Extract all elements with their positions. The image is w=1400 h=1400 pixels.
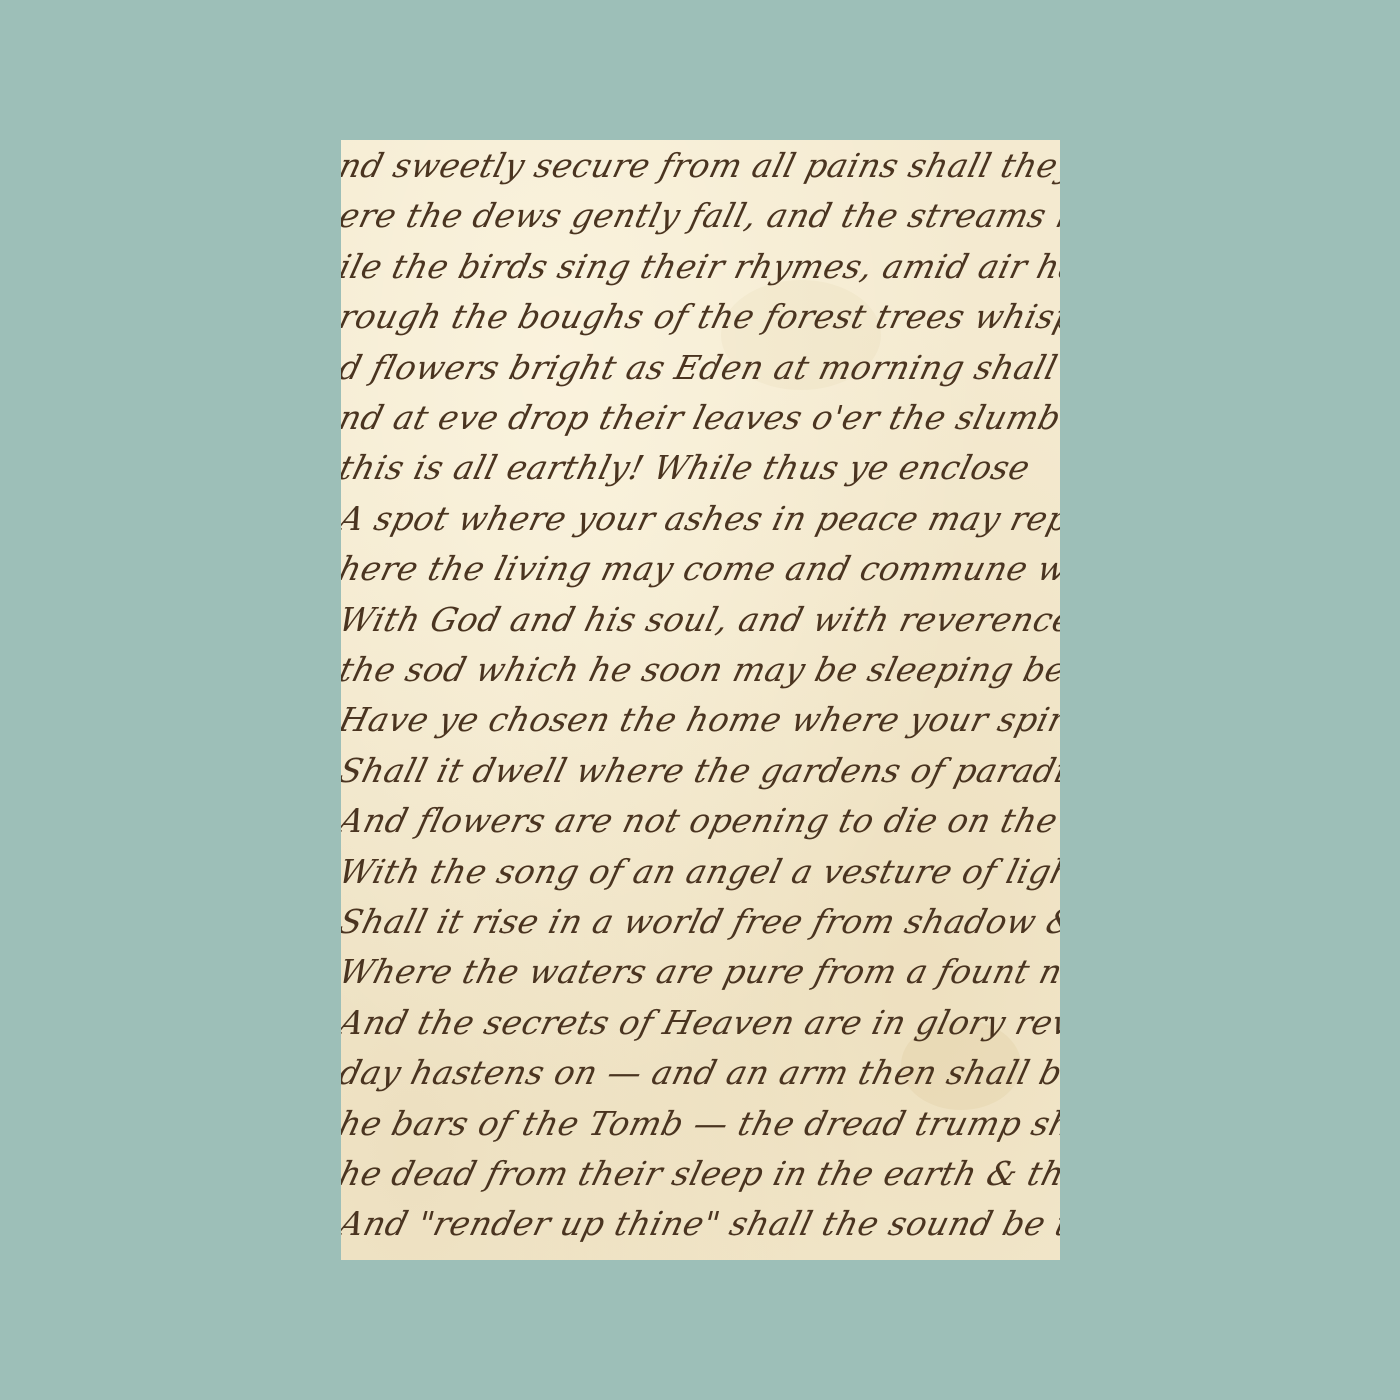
manuscript-line: A spot where your ashes in peace may rep…: [341, 499, 1060, 538]
manuscript-line: With God and his soul, and with reverenc…: [341, 600, 1060, 639]
manuscript-line: And flowers are not opening to die on th…: [341, 801, 1060, 840]
manuscript-line: Have ye chosen the home where your spiri…: [341, 700, 1060, 739]
manuscript-line: the sod which he soon may be sleeping be: [341, 650, 1060, 689]
manuscript-line: ile the birds sing their rhymes, amid ai…: [341, 247, 1060, 286]
manuscript-line: here the living may come and commune wit…: [341, 549, 1060, 588]
manuscript-line: And the secrets of Heaven are in glory r…: [341, 1003, 1060, 1042]
manuscript-line: d flowers bright as Eden at morning shal…: [341, 348, 1060, 387]
manuscript-line: he bars of the Tomb — the dread trump sh…: [341, 1104, 1060, 1143]
manuscript-line: And "render up thine" shall the sound be…: [341, 1204, 1060, 1243]
manuscript-line: Shall it rise in a world free from shado…: [341, 902, 1060, 941]
manuscript-line: Where the waters are pure from a fount n…: [341, 952, 1060, 991]
manuscript-line: this is all earthly! While thus ye enclo…: [341, 448, 1034, 487]
manuscript-line: Shall it dwell where the gardens of para…: [341, 751, 1060, 790]
manuscript-line: he dead from their sleep in the earth & …: [341, 1154, 1060, 1193]
manuscript-line: nd at eve drop their leaves o'er the slu…: [341, 398, 1060, 437]
manuscript-line: ere the dews gently fall, and the stream…: [341, 196, 1060, 235]
manuscript-line: nd sweetly secure from all pains shall t…: [341, 146, 1060, 185]
manuscript-line: rough the boughs of the forest trees whi…: [341, 297, 1060, 336]
manuscript-line: With the song of an angel a vesture of l…: [341, 852, 1060, 891]
manuscript-line: day hastens on — and an arm then shall b…: [341, 1053, 1060, 1092]
manuscript-page: nd sweetly secure from all pains shall t…: [341, 140, 1060, 1260]
